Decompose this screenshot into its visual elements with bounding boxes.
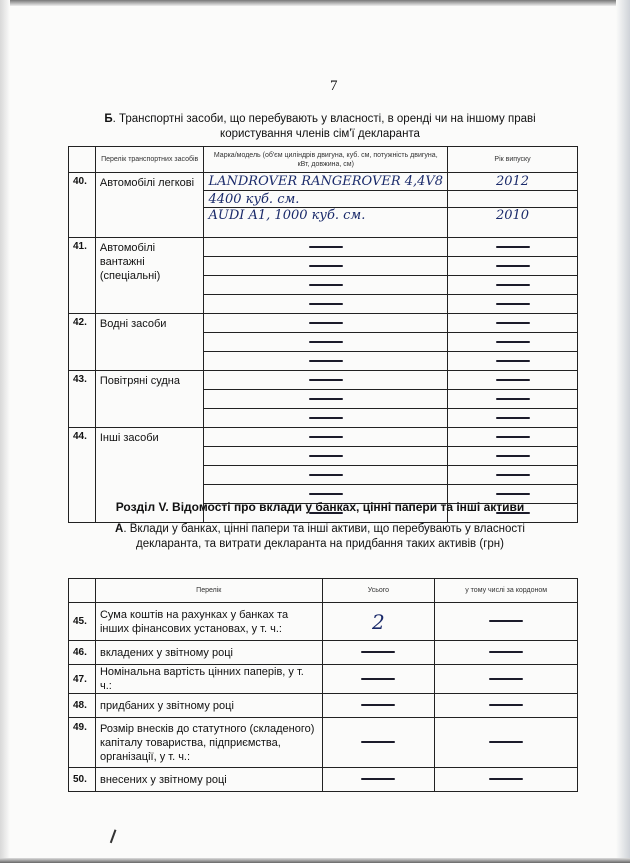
year-dash — [448, 428, 578, 447]
year-dash — [448, 409, 578, 428]
table-row: 47. Номінальна вартість цінних паперів, … — [69, 665, 578, 694]
total-dash — [322, 665, 435, 694]
assets-table: Перелік Усього у тому числі за кордоном … — [68, 578, 578, 792]
model-value: 4400 куб. см. — [204, 191, 448, 208]
row-number: 47. — [69, 665, 96, 694]
row-label: внесених у звітному році — [95, 768, 322, 792]
table-row: 40. Автомобілі легкові LANDROVER RANGERO… — [69, 173, 578, 191]
row-number: 45. — [69, 603, 96, 641]
model-dash — [204, 295, 448, 314]
section-b-title: Б. Транспортні засоби, що перебувають у … — [60, 112, 580, 142]
scan-edge-right — [616, 0, 630, 863]
page-number: 7 — [330, 78, 338, 95]
model-dash — [204, 257, 448, 276]
vehicles-table: Перелік транспортних засобів Марка/модел… — [68, 146, 578, 523]
abroad-dash — [435, 768, 578, 792]
row-label: Водні засоби — [95, 314, 204, 371]
year-value: 2012 — [448, 173, 578, 191]
model-dash — [204, 428, 448, 447]
row-label: Автомобілі легкові — [95, 173, 204, 238]
year-dash — [448, 314, 578, 333]
row-label: Автомобілі вантажні (спеціальні) — [95, 238, 204, 314]
table-row: 49. Розмір внесків до статутного (складе… — [69, 718, 578, 768]
scan-edge-top — [0, 0, 630, 6]
model-dash — [204, 466, 448, 485]
header-vehicle-list: Перелік транспортних засобів — [95, 147, 204, 173]
header-total: Усього — [322, 579, 435, 603]
model-dash — [204, 390, 448, 409]
section-v-subtitle-line2: декларанта, та витрати декларанта на при… — [60, 537, 580, 552]
row-label: Повітряні судна — [95, 371, 204, 428]
abroad-dash — [435, 603, 578, 641]
year-value: 2010 — [448, 208, 578, 238]
assets-header-row: Перелік Усього у тому числі за кордоном — [69, 579, 578, 603]
table-row: 50. внесених у звітному році — [69, 768, 578, 792]
model-dash — [204, 447, 448, 466]
table-row: 41. Автомобілі вантажні (спеціальні) — [69, 238, 578, 257]
table-row: 48. придбаних у звітному році — [69, 694, 578, 718]
year-dash — [448, 276, 578, 295]
row-label: Розмір внесків до статутного (складеного… — [95, 718, 322, 768]
row-number: 42. — [69, 314, 96, 371]
row-label: придбаних у звітному році — [95, 694, 322, 718]
section-v-subtitle-line1: . Вклади у банках, цінні папери та інші … — [123, 523, 525, 535]
section-b-title-line2: користування членів сім'ї декларанта — [60, 127, 580, 142]
model-dash — [204, 352, 448, 371]
year-dash — [448, 295, 578, 314]
total-dash — [322, 641, 435, 665]
model-dash — [204, 314, 448, 333]
row-number: 43. — [69, 371, 96, 428]
section-b-letter: Б — [104, 113, 112, 125]
year-dash — [448, 333, 578, 352]
row-number: 49. — [69, 718, 96, 768]
model-dash — [204, 238, 448, 257]
table-row: 44. Інші засоби — [69, 428, 578, 447]
header-year: Рік випуску — [448, 147, 578, 173]
section-b-title-line1: . Транспортні засоби, що перебувають у в… — [113, 113, 536, 125]
model-dash — [204, 371, 448, 390]
header-model: Марка/модель (об'єм циліндрів двигуна, к… — [204, 147, 448, 173]
abroad-dash — [435, 641, 578, 665]
table-row: 42. Водні засоби — [69, 314, 578, 333]
abroad-dash — [435, 665, 578, 694]
table-row: 46. вкладених у звітному році — [69, 641, 578, 665]
abroad-dash — [435, 694, 578, 718]
year-dash — [448, 352, 578, 371]
row-label: Номінальна вартість цінних паперів, у т.… — [95, 665, 322, 694]
section-v-subtitle: А. Вклади у банках, цінні папери та інші… — [60, 522, 580, 552]
abroad-dash — [435, 718, 578, 768]
row-number: 50. — [69, 768, 96, 792]
model-dash — [204, 409, 448, 428]
table-row: 45. Сума коштів на рахунках у банках та … — [69, 603, 578, 641]
model-dash — [204, 333, 448, 352]
scan-edge-bottom — [0, 858, 630, 863]
header-abroad: у тому числі за кордоном — [435, 579, 578, 603]
year-dash — [448, 371, 578, 390]
row-number: 48. — [69, 694, 96, 718]
year-value — [448, 191, 578, 208]
total-dash — [322, 694, 435, 718]
year-dash — [448, 466, 578, 485]
row-number: 40. — [69, 173, 96, 238]
table-row: 43. Повітряні судна — [69, 371, 578, 390]
model-value: LANDROVER RANGEROVER 4,4V8 — [204, 173, 448, 191]
row-label: вкладених у звітному році — [95, 641, 322, 665]
year-dash — [448, 238, 578, 257]
total-dash — [322, 718, 435, 768]
document-page: 7 Б. Транспортні засоби, що перебувають … — [0, 0, 630, 863]
total-value: 2 — [322, 603, 435, 641]
section-v-title: Розділ V. Відомості про вклади у банках,… — [60, 500, 580, 514]
row-label: Сума коштів на рахунках у банках та інши… — [95, 603, 322, 641]
year-dash — [448, 390, 578, 409]
vehicles-header-row: Перелік транспортних засобів Марка/модел… — [69, 147, 578, 173]
row-number: 41. — [69, 238, 96, 314]
scan-edge-left — [0, 0, 10, 863]
year-dash — [448, 447, 578, 466]
total-dash — [322, 768, 435, 792]
year-dash — [448, 257, 578, 276]
row-number: 46. — [69, 641, 96, 665]
model-dash — [204, 276, 448, 295]
pen-mark — [110, 829, 120, 844]
model-value: AUDI A1, 1000 куб. см. — [204, 208, 448, 238]
header-list: Перелік — [95, 579, 322, 603]
